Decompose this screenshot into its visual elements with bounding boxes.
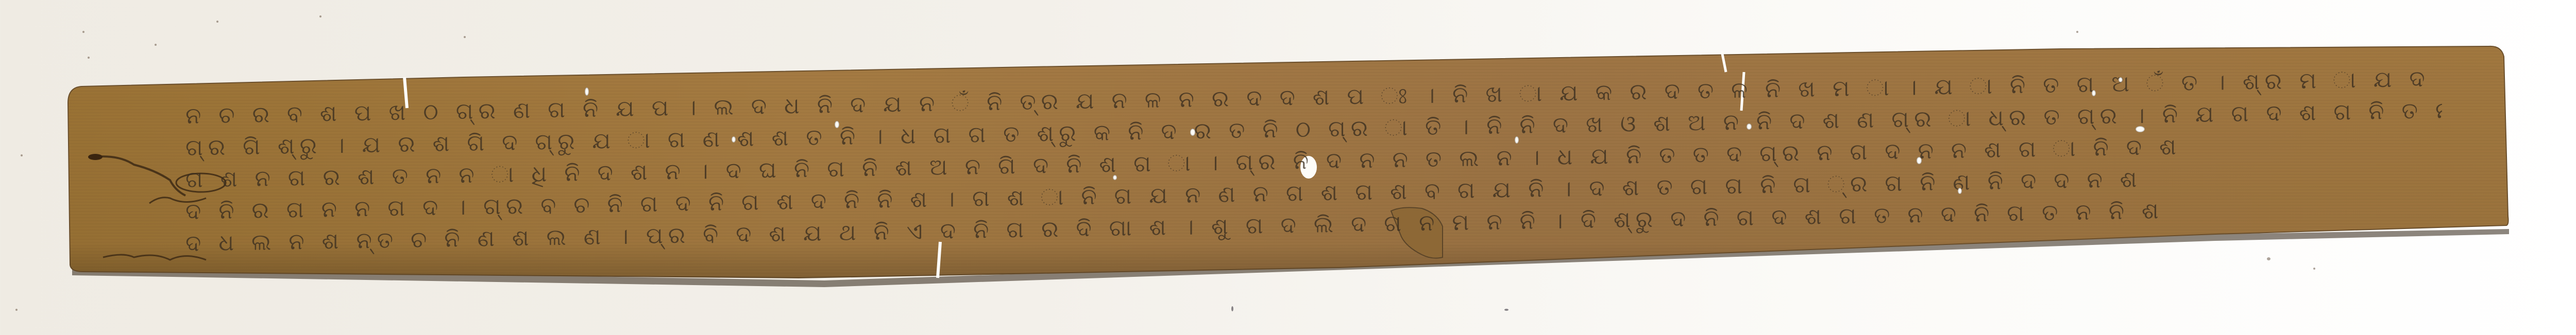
worm-hole — [835, 121, 839, 128]
worm-hole — [2092, 90, 2096, 96]
worm-hole — [1917, 157, 1922, 164]
worm-hole — [2136, 126, 2145, 132]
worm-hole — [732, 136, 736, 143]
worm-hole — [1190, 129, 1195, 136]
worm-hole — [1958, 188, 1962, 194]
worm-hole — [585, 87, 589, 96]
worm-hole — [2119, 77, 2123, 82]
worm-hole — [1113, 175, 1117, 180]
worm-hole — [1747, 124, 1752, 130]
palm-leaf: ନ ଚ ର ବ ଶ ପ ଖ ଠ ଗ୍ର ଣ ଗ ନି ଯ ପ । ଲ ଦ ଧ ନ… — [0, 0, 2576, 335]
worm-hole — [1515, 136, 1519, 144]
